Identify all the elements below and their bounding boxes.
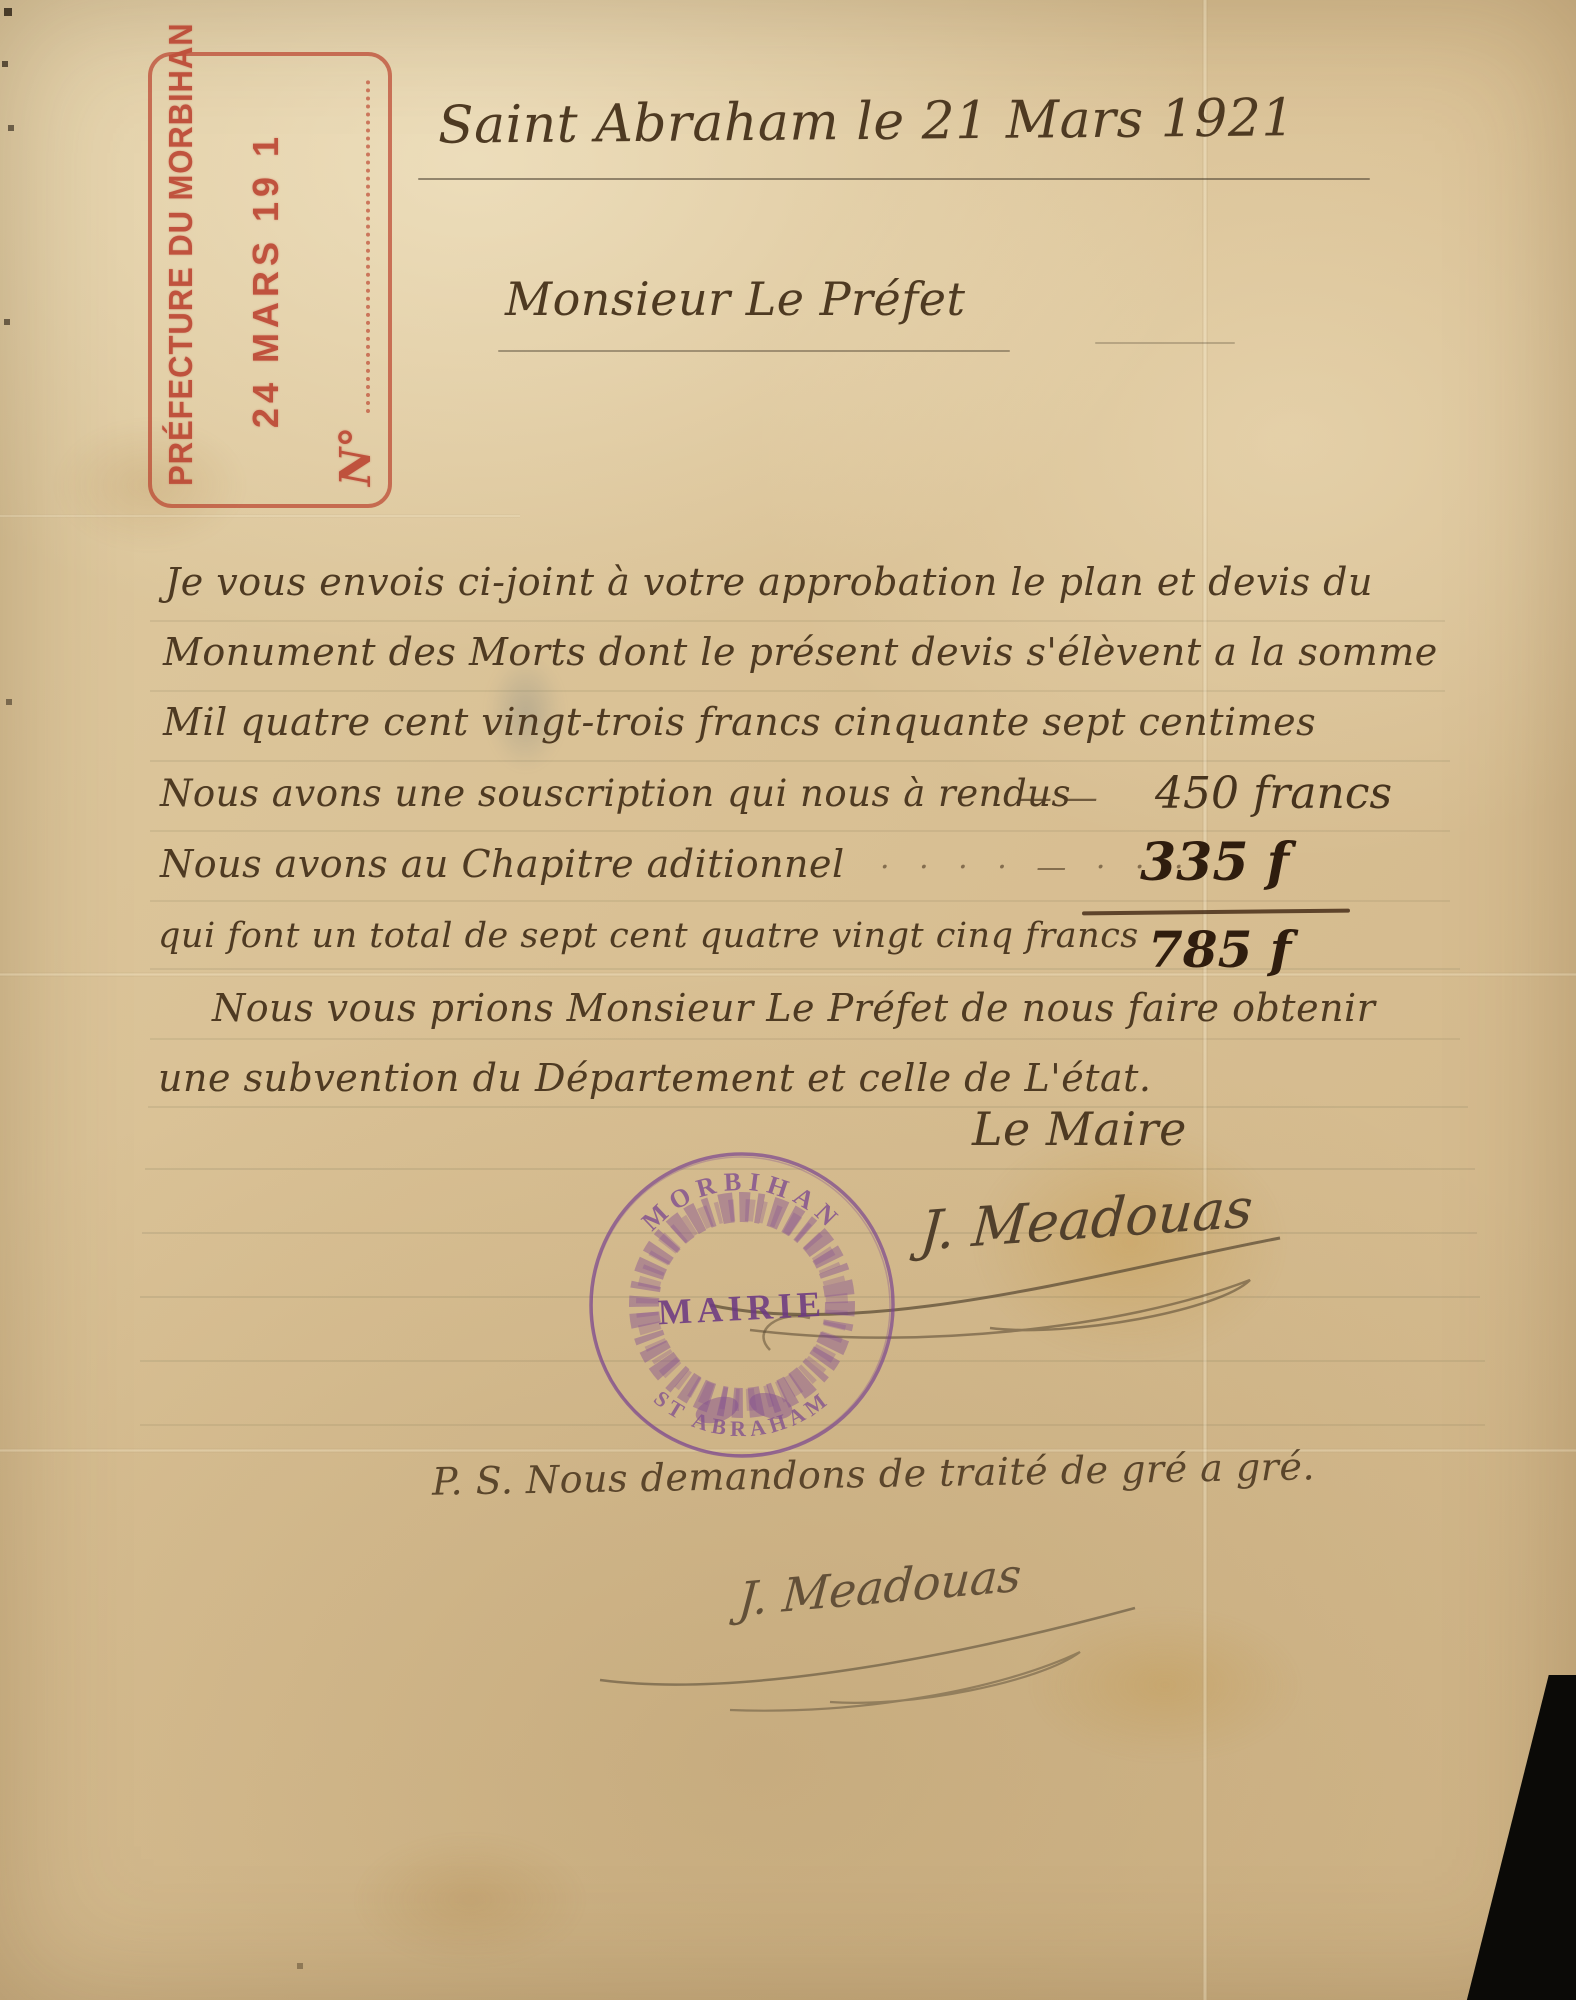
body-line: une subvention du Département et celle d… bbox=[158, 1056, 1152, 1100]
photo-background-corner bbox=[1452, 1675, 1576, 2000]
prefecture-stamp-frame: PRÉFECTURE DU MORBIHAN 24 MARS 19 1 N° bbox=[148, 52, 392, 508]
body-line: Je vous envois ci-joint à votre approbat… bbox=[165, 560, 1373, 604]
body-line: Nous avons au Chapitre aditionnel bbox=[160, 842, 845, 886]
paper-stain bbox=[355, 1835, 585, 1965]
body-line: Mil quatre cent vingt-trois francs cinqu… bbox=[163, 700, 1316, 744]
body-line: Monument des Morts dont le présent devis… bbox=[163, 630, 1438, 674]
salutation: Monsieur Le Préfet bbox=[505, 272, 966, 326]
prefecture-stamp: PRÉFECTURE DU MORBIHAN 24 MARS 19 1 N° bbox=[148, 52, 392, 508]
prefecture-stamp-number-line: N° bbox=[331, 74, 380, 486]
prefecture-stamp-dotted-line bbox=[365, 80, 370, 413]
body-line: Nous avons une souscription qui nous à r… bbox=[160, 772, 1071, 815]
prefecture-stamp-number-label: N° bbox=[331, 427, 380, 486]
mairie-stamp: MORBIHAN ST ABRAHAM MAIRIE bbox=[575, 1138, 911, 1474]
leader-dashes: — — bbox=[1018, 778, 1098, 818]
body-line: qui font un total de sept cent quatre vi… bbox=[158, 916, 1139, 956]
amount-450-francs: 450 francs bbox=[1155, 768, 1392, 819]
dateline: Saint Abraham le 21 Mars 1921 bbox=[438, 88, 1295, 155]
prefecture-stamp-title: PRÉFECTURE DU MORBIHAN bbox=[162, 99, 200, 486]
ruled-line bbox=[150, 900, 1450, 902]
postscript-signature-flourish bbox=[580, 1590, 1160, 1720]
postscript: P. S. Nous demandons de traité de gré a … bbox=[432, 1444, 1316, 1503]
paper-crease bbox=[0, 514, 520, 518]
amount-sum-underline bbox=[1082, 909, 1350, 916]
salutation-dash bbox=[1095, 342, 1235, 344]
ruled-line bbox=[150, 620, 1445, 622]
dateline-underline bbox=[418, 178, 1370, 180]
closing-role: Le Maire bbox=[972, 1102, 1187, 1156]
letter-page: PRÉFECTURE DU MORBIHAN 24 MARS 19 1 N° S… bbox=[0, 0, 1576, 2000]
ruled-line bbox=[150, 690, 1445, 692]
salutation-underline bbox=[498, 350, 1010, 352]
amount-785: 785 f bbox=[1148, 920, 1291, 979]
ruled-line bbox=[148, 1106, 1468, 1108]
prefecture-stamp-date: 24 MARS 19 1 bbox=[245, 74, 287, 486]
amount-335: 335 f bbox=[1140, 832, 1289, 893]
ruled-line bbox=[150, 760, 1450, 762]
mairie-stamp-center-text: MAIRIE bbox=[657, 1284, 827, 1333]
paper-crease bbox=[0, 972, 1576, 977]
body-line: Nous vous prions Monsieur Le Préfet de n… bbox=[212, 986, 1375, 1030]
ruled-line bbox=[150, 1038, 1460, 1040]
